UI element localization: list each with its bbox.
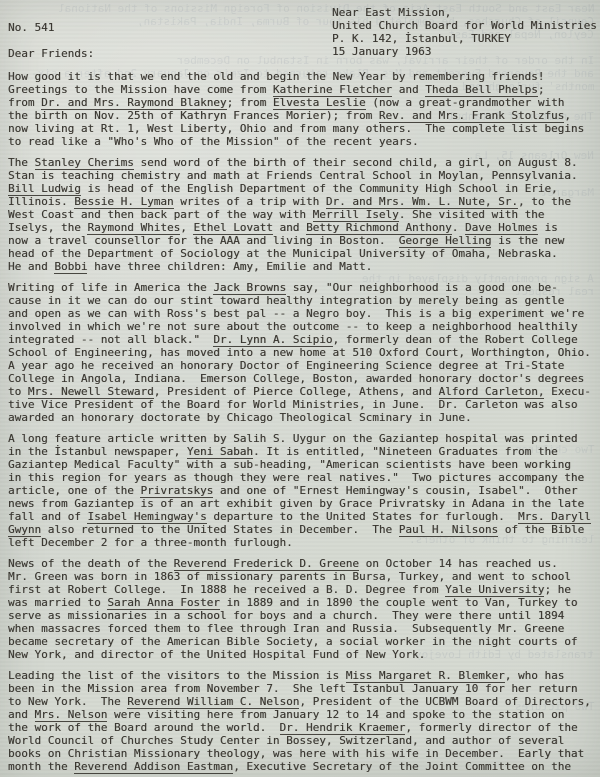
document-line: in this region for years as though they …	[8, 471, 596, 484]
text-run: of the Bible	[498, 523, 584, 536]
underlined-name: Alford Carleton,	[439, 385, 545, 399]
underlined-name: Yale University	[445, 583, 544, 597]
underlined-name: Betty Richmond Anthony	[306, 221, 452, 235]
underlined-name: Reverend Frederick D. Greene	[174, 557, 359, 571]
text-run: ,	[564, 109, 571, 122]
text-run: Gaziantep Medical Faculty" with a sub-he…	[8, 458, 571, 471]
salutation: Dear Friends:	[8, 47, 94, 60]
text-run: been in the Mission area from November 7…	[8, 682, 578, 695]
text-run: , formerly dean of the Robert College	[333, 333, 578, 346]
text-run: Leading the list of the visitors to the …	[8, 669, 346, 682]
underlined-name: Mrs. Daryll	[518, 510, 591, 524]
text-run: A year ago he received an honorary Docto…	[8, 359, 564, 372]
text-run: Greetings to the Mission have come from	[8, 83, 273, 96]
underlined-name: Jack Browns	[213, 281, 286, 295]
text-run: the work of the Board around the world.	[8, 721, 280, 734]
document-line: month the Reverend Addison Eastman, Exec…	[8, 760, 596, 773]
text-run: and	[273, 221, 306, 234]
text-run: Illinois.	[8, 195, 74, 208]
text-run: writes of a trip with	[174, 195, 326, 208]
document-line: A long feature article written by Salih …	[8, 432, 596, 445]
text-run: became secretary of the American Bible S…	[8, 635, 578, 648]
text-run: news from Gaziantep is of an art exhibit…	[8, 497, 584, 510]
text-run: now living at Rt. 1, West Liberty, Ohio …	[8, 122, 584, 135]
text-run: , President of Pierce College, Athens, a…	[154, 385, 439, 398]
text-run: New York, and director of the United Hos…	[8, 648, 425, 661]
document-line: tive Vice President of the Board for Wor…	[8, 398, 596, 411]
underlined-name: Yeni Sabah	[187, 445, 253, 459]
document-line: Gwynn also returned to the United States…	[8, 523, 596, 536]
document-line: been in the Mission area from November 7…	[8, 682, 596, 695]
document-line: Mr. Green was born in 1863 of missionary…	[8, 570, 596, 583]
text-run: , Executive Secretary of the Joint Commi…	[233, 760, 571, 773]
text-run: head of the Department of Sociology at t…	[8, 247, 558, 260]
text-run: on October 14 has reached us.	[359, 557, 558, 570]
underlined-name: Theda Bell Phelps	[425, 83, 538, 97]
date-line: 15 January 1963	[332, 45, 597, 58]
document-line: now a travel counsellor for the AAA and …	[8, 234, 596, 247]
text-run: . It is entitled, "Nineteen Graduates fr…	[253, 445, 558, 458]
address-line: Near East Mission,	[332, 6, 597, 19]
underlined-name: Miss Margaret R. Blemker	[346, 669, 505, 683]
document-body: How good it is that we end the old and b…	[8, 70, 596, 777]
text-run: say, "Our neighborhood is a good one be-	[286, 281, 558, 294]
text-run: ;	[538, 83, 545, 96]
document-line: article, one of the Privratskys and one …	[8, 484, 596, 497]
letter-content: No. 541 Near East Mission,United Church …	[0, 0, 600, 777]
paragraph-4: A long feature article written by Salih …	[8, 432, 596, 549]
underlined-name: Bill Ludwig	[8, 182, 81, 196]
underlined-name: Privratskys	[140, 484, 213, 498]
text-run: in the İstanbul newspaper,	[8, 445, 187, 458]
paragraph-2: The Stanley Cherims send word of the bir…	[8, 156, 596, 273]
underlined-name: Paul H. Nilsons	[399, 523, 498, 537]
document-line: Leading the list of the visitors to the …	[8, 669, 596, 682]
text-run: is the new	[491, 234, 564, 247]
underlined-name: Mrs. Nelson	[35, 708, 108, 722]
text-run: ; from	[227, 96, 273, 109]
text-run: also returned to the United States in De…	[41, 523, 399, 536]
document-line: now living at Rt. 1, West Liberty, Ohio …	[8, 122, 596, 135]
text-run: cause in it we can do our stint toward h…	[8, 294, 564, 307]
text-run: West Coast and then back part of the way…	[8, 208, 313, 221]
text-run: to read like a "Who's Who of the Mission…	[8, 135, 419, 148]
text-run: is	[538, 221, 558, 234]
document-line: A year ago he received an honorary Docto…	[8, 359, 596, 372]
text-run: from	[8, 96, 41, 109]
document-line: the birth on Nov. 25th of Kathryn France…	[8, 109, 596, 122]
document-line: in the İstanbul newspaper, Yeni Sabah. I…	[8, 445, 596, 458]
underlined-name: Reverend William C. Nelson	[127, 695, 299, 709]
text-run: Mr. Green was born in 1863 of missionary…	[8, 570, 571, 583]
document-line: when massacres forced them to flee throu…	[8, 622, 596, 635]
text-run: send word of the birth of their second c…	[134, 156, 578, 169]
underlined-name: Rev. and Mrs. Frank Stolzfus	[379, 109, 564, 123]
underlined-name: Dr. and Mrs. Raymond Blakney	[41, 96, 226, 110]
text-run: tive Vice President of the Board for Wor…	[8, 398, 578, 411]
document-line: the work of the Board around the world. …	[8, 721, 596, 734]
text-run: integrated -- not all black."	[8, 333, 213, 346]
underlined-name: Dr. and Mrs. Wm. L. Nute, Sr.	[326, 195, 518, 209]
text-run: was married to	[8, 596, 107, 609]
document-line: Bill Ludwig is head of the English Depar…	[8, 182, 596, 195]
document-line: from Dr. and Mrs. Raymond Blakney; from …	[8, 96, 596, 109]
underlined-name: Katherine Fletcher	[273, 83, 392, 97]
underlined-name: Mrs. Newell Steward	[28, 385, 154, 399]
underlined-name: Reverend Addison Eastman	[74, 760, 233, 774]
text-run: World Council of Churches Study Center i…	[8, 734, 564, 747]
document-line: The Stanley Cherims send word of the bir…	[8, 156, 596, 169]
text-run: Iselys, the	[8, 221, 87, 234]
underlined-name: Ethel Lovatt	[193, 221, 272, 235]
text-run: How good it is that we end the old and b…	[8, 70, 544, 83]
document-line: Greetings to the Mission have come from …	[8, 83, 596, 96]
document-line: fall and of Isabel Hemingway's departure…	[8, 510, 596, 523]
document-line: integrated -- not all black." Dr. Lynn A…	[8, 333, 596, 346]
underlined-name: Gwynn	[8, 523, 41, 537]
text-run: , President of the UCBWM Board of Direct…	[299, 695, 590, 708]
text-run: The	[8, 156, 35, 169]
paragraph-5: News of the death of the Reverend Freder…	[8, 557, 596, 661]
text-run: in 1889 and in 1890 the couple went to V…	[220, 596, 578, 609]
document-line: Stan is teaching chemistry and math at F…	[8, 169, 596, 182]
underlined-name: Bessie H. Lyman	[74, 195, 173, 209]
text-run: serve as missionaries in a school for bo…	[8, 609, 564, 622]
document-line: West Coast and then back part of the way…	[8, 208, 596, 221]
text-run: first at Robert College. In 1888 he rece…	[8, 583, 445, 596]
address-line: P. K. 142, İstanbul, TURKEY	[332, 32, 597, 45]
document-line: and Mrs. Nelson were visiting here from …	[8, 708, 596, 721]
document-line: left December 2 for a three-month furlou…	[8, 536, 596, 549]
document-line: World Council of Churches Study Center i…	[8, 734, 596, 747]
text-run: ; he	[544, 583, 571, 596]
underlined-name: Merrill Isely	[313, 208, 399, 222]
document-line: College in Angola, Indiana. Emerson Coll…	[8, 372, 596, 385]
document-line: head of the Department of Sociology at t…	[8, 247, 596, 260]
text-run: the birth on Nov. 25th of Kathryn France…	[8, 109, 379, 122]
document-line: books on Christian Missionary theology, …	[8, 747, 596, 760]
text-run: . She visited with the	[399, 208, 545, 221]
underlined-name: Dr. Lynn A. Scipio	[213, 333, 332, 347]
text-run: Stan is teaching chemistry and math at F…	[8, 169, 578, 182]
document-line: became secretary of the American Bible S…	[8, 635, 596, 648]
underlined-name: Sarah Anna Foster	[107, 596, 220, 610]
address-line: United Church Board for World Ministries	[332, 19, 597, 32]
text-run: Execu-	[544, 385, 590, 398]
text-run: , who has	[505, 669, 565, 682]
text-run: and	[8, 708, 35, 721]
text-run: when massacres forced them to flee throu…	[8, 622, 564, 635]
text-run: .	[452, 221, 465, 234]
document-line: Writing of life in America the Jack Brow…	[8, 281, 596, 294]
text-run: article, one of the	[8, 484, 140, 497]
text-run: now a travel counsellor for the AAA and …	[8, 234, 399, 247]
document-line: first at Robert College. In 1888 he rece…	[8, 583, 596, 596]
underlined-name: Dave Holmes	[465, 221, 538, 235]
text-run: and one of "Ernest Hemingway's cousin, I…	[213, 484, 577, 497]
text-run: fall and of	[8, 510, 87, 523]
text-run: involved in which we're not sure about t…	[8, 320, 578, 333]
document-line: involved in which we're not sure about t…	[8, 320, 596, 333]
mission-address: Near East Mission,United Church Board fo…	[332, 6, 597, 58]
document-line: How good it is that we end the old and b…	[8, 70, 596, 83]
text-run: books on Christian Missionary theology, …	[8, 747, 584, 760]
document-line: awarded an honorary doctorate by Chicago…	[8, 411, 596, 424]
document-line: Gaziantep Medical Faculty" with a sub-he…	[8, 458, 596, 471]
document-line: to New York. The Reverend William C. Nel…	[8, 695, 596, 708]
text-run: , formerly director of the	[405, 721, 577, 734]
document-line: Iselys, the Raymond Whites, Ethel Lovatt…	[8, 221, 596, 234]
text-run: College in Angola, Indiana. Emerson Coll…	[8, 372, 584, 385]
text-run: month the	[8, 760, 74, 773]
text-run: ,	[180, 221, 193, 234]
text-run: left December 2 for a three-month furlou…	[8, 536, 293, 549]
text-run: departure to the United States for furlo…	[207, 510, 518, 523]
text-run: were visiting here from January 12 to 14…	[107, 708, 564, 721]
underlined-name: Isabel Hemingway's	[87, 510, 206, 524]
text-run: have three children: Amy, Emilie and Mat…	[87, 260, 372, 273]
document-line: New York, and director of the United Hos…	[8, 648, 596, 661]
letter-page: Near East and South East Asia of the Div…	[0, 0, 600, 777]
text-run: (now a great-grandmother with	[366, 96, 565, 109]
underlined-name: Elvesta Leslie	[273, 96, 366, 110]
document-line: news from Gaziantep is of an art exhibit…	[8, 497, 596, 510]
text-run: , to the	[518, 195, 571, 208]
document-line: and open as we can with Ross's best pal …	[8, 307, 596, 320]
document-line: to read like a "Who's Who of the Mission…	[8, 135, 596, 148]
text-run: to	[8, 385, 28, 398]
document-line: was married to Sarah Anna Foster in 1889…	[8, 596, 596, 609]
document-line: News of the death of the Reverend Freder…	[8, 557, 596, 570]
text-run: A long feature article written by Salih …	[8, 432, 578, 445]
document-line: to Mrs. Newell Steward, President of Pie…	[8, 385, 596, 398]
underlined-name: Bobbi	[54, 260, 87, 274]
text-run: and open as we can with Ross's best pal …	[8, 307, 584, 320]
underlined-name: Stanley Cherims	[35, 156, 134, 170]
underlined-name: Dr. Hendrik Kraemer	[280, 721, 406, 735]
paragraph-6: Leading the list of the visitors to the …	[8, 669, 596, 773]
document-line: Illinois. Bessie H. Lyman writes of a tr…	[8, 195, 596, 208]
text-run: in this region for years as though they …	[8, 471, 584, 484]
text-run: to New York. The	[8, 695, 127, 708]
text-run: and	[392, 83, 425, 96]
text-run: He and	[8, 260, 54, 273]
document-line: cause in it we can do our stint toward h…	[8, 294, 596, 307]
paragraph-1: How good it is that we end the old and b…	[8, 70, 596, 148]
underlined-name: George Helling	[399, 234, 492, 248]
document-line: School of Engineering, has moved into a …	[8, 346, 596, 359]
underlined-name: Raymond Whites	[87, 221, 180, 235]
issue-number: No. 541	[8, 21, 54, 34]
document-line: serve as missionaries in a school for bo…	[8, 609, 596, 622]
text-run: News of the death of the	[8, 557, 174, 570]
text-run: is head of the English Department of the…	[81, 182, 558, 195]
text-run: Writing of life in America the	[8, 281, 213, 294]
document-line: He and Bobbi have three children: Amy, E…	[8, 260, 596, 273]
text-run: School of Engineering, has moved into a …	[8, 346, 591, 359]
paragraph-3: Writing of life in America the Jack Brow…	[8, 281, 596, 424]
text-run: awarded an honorary doctorate by Chicago…	[8, 411, 472, 424]
